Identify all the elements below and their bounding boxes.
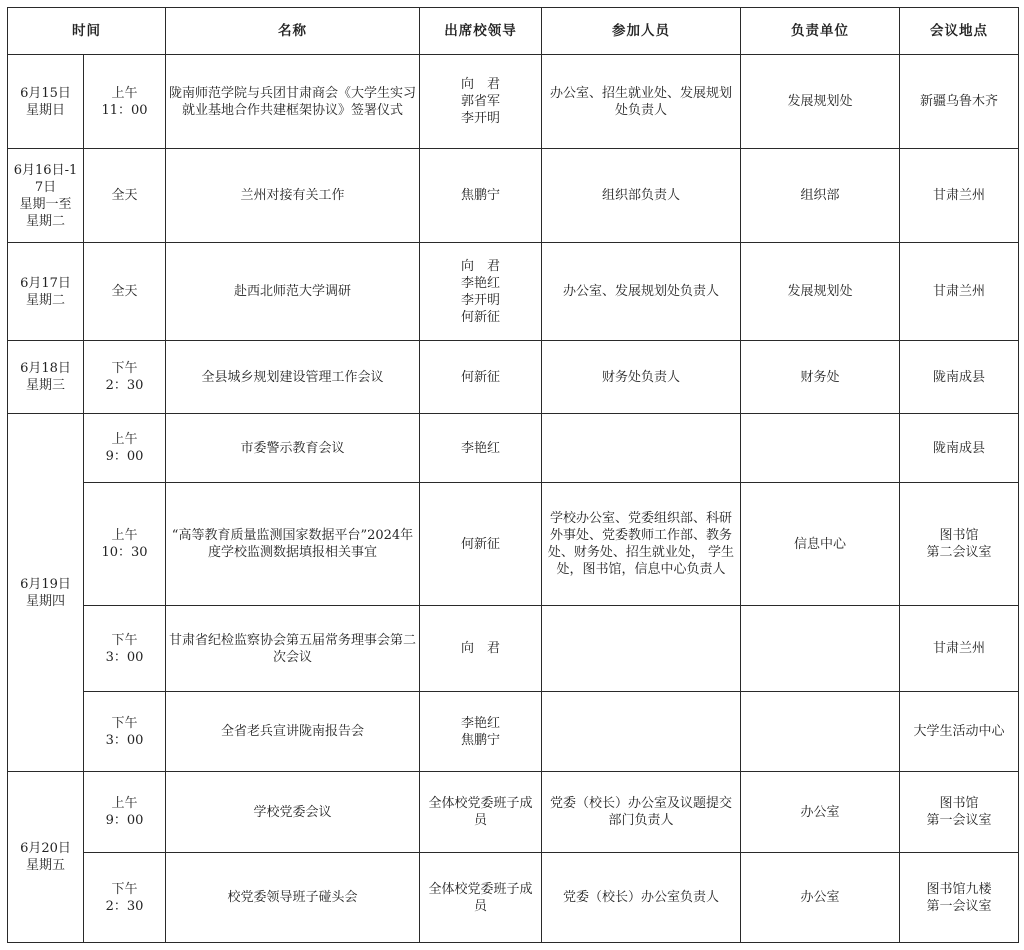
location-cell: 图书馆 第一会议室: [900, 772, 1019, 853]
leaders-cell: 焦鹏宁: [420, 149, 542, 243]
participants-cell: [542, 606, 741, 692]
time-cell: 全天: [84, 243, 166, 341]
event-name-cell: 陇南师范学院与兵团甘肃商会《大学生实习就业基地合作共建框架协议》签署仪式: [166, 55, 420, 149]
participants-cell: [542, 692, 741, 772]
header-unit: 负责单位: [741, 8, 900, 55]
leaders-cell: 何新征: [420, 483, 542, 606]
unit-cell: 发展规划处: [741, 243, 900, 341]
participants-cell: 组织部负责人: [542, 149, 741, 243]
location-cell: 甘肃兰州: [900, 243, 1019, 341]
leaders-cell: 何新征: [420, 341, 542, 414]
unit-cell: [741, 414, 900, 483]
event-name-cell: 兰州对接有关工作: [166, 149, 420, 243]
location-cell: 甘肃兰州: [900, 149, 1019, 243]
event-name-cell: 学校党委会议: [166, 772, 420, 853]
location-cell: 陇南成县: [900, 341, 1019, 414]
event-name-cell: 甘肃省纪检监察协会第五届常务理事会第二次会议: [166, 606, 420, 692]
date-cell: 6月18日 星期三: [8, 341, 84, 414]
table-row: 下午 2：30 校党委领导班子碰头会 全体校党委班子成员 党委（校长）办公室负责…: [8, 853, 1019, 943]
unit-cell: [741, 692, 900, 772]
date-cell: 6月17日 星期二: [8, 243, 84, 341]
participants-cell: 办公室、招生就业处、发展规划处负责人: [542, 55, 741, 149]
time-cell: 上午 9：00: [84, 414, 166, 483]
event-name-cell: 校党委领导班子碰头会: [166, 853, 420, 943]
event-name-cell: 全县城乡规划建设管理工作会议: [166, 341, 420, 414]
table-row: 6月17日 星期二 全天 赴西北师范大学调研 向 君 李艳红 李开明 何新征 办…: [8, 243, 1019, 341]
leaders-cell: 李艳红: [420, 414, 542, 483]
date-cell: 6月19日 星期四: [8, 414, 84, 772]
unit-cell: 发展规划处: [741, 55, 900, 149]
unit-cell: 办公室: [741, 853, 900, 943]
time-cell: 全天: [84, 149, 166, 243]
participants-cell: 党委（校长）办公室及议题提交部门负责人: [542, 772, 741, 853]
participants-cell: 学校办公室、党委组织部、科研外事处、党委教师工作部、教务处、财务处、招生就业处，…: [542, 483, 741, 606]
location-cell: 甘肃兰州: [900, 606, 1019, 692]
table-row: 上午 10：30 “高等教育质量监测国家数据平台”2024年度学校监测数据填报相…: [8, 483, 1019, 606]
time-cell: 下午 2：30: [84, 341, 166, 414]
leaders-cell: 全体校党委班子成员: [420, 772, 542, 853]
header-location: 会议地点: [900, 8, 1019, 55]
leaders-cell: 李艳红 焦鹏宁: [420, 692, 542, 772]
table-row: 下午 3：00 全省老兵宣讲陇南报告会 李艳红 焦鹏宁 大学生活动中心: [8, 692, 1019, 772]
table-row: 6月16日-17日 星期一至 星期二 全天 兰州对接有关工作 焦鹏宁 组织部负责…: [8, 149, 1019, 243]
unit-cell: 组织部: [741, 149, 900, 243]
leaders-cell: 向 君 郭省军 李开明: [420, 55, 542, 149]
time-cell: 上午 9：00: [84, 772, 166, 853]
unit-cell: 信息中心: [741, 483, 900, 606]
unit-cell: 财务处: [741, 341, 900, 414]
date-cell: 6月15日 星期日: [8, 55, 84, 149]
date-cell: 6月20日 星期五: [8, 772, 84, 943]
header-participants: 参加人员: [542, 8, 741, 55]
leaders-cell: 向 君: [420, 606, 542, 692]
time-cell: 下午 3：00: [84, 692, 166, 772]
location-cell: 陇南成县: [900, 414, 1019, 483]
header-time: 时间: [8, 8, 166, 55]
location-cell: 图书馆 第二会议室: [900, 483, 1019, 606]
event-name-cell: 全省老兵宣讲陇南报告会: [166, 692, 420, 772]
table-row: 下午 3：00 甘肃省纪检监察协会第五届常务理事会第二次会议 向 君 甘肃兰州: [8, 606, 1019, 692]
location-cell: 新疆乌鲁木齐: [900, 55, 1019, 149]
unit-cell: 办公室: [741, 772, 900, 853]
date-cell: 6月16日-17日 星期一至 星期二: [8, 149, 84, 243]
table-row: 6月18日 星期三 下午 2：30 全县城乡规划建设管理工作会议 何新征 财务处…: [8, 341, 1019, 414]
time-cell: 下午 3：00: [84, 606, 166, 692]
participants-cell: [542, 414, 741, 483]
header-name: 名称: [166, 8, 420, 55]
time-cell: 上午 11：00: [84, 55, 166, 149]
unit-cell: [741, 606, 900, 692]
header-leaders: 出席校领导: [420, 8, 542, 55]
location-cell: 大学生活动中心: [900, 692, 1019, 772]
time-cell: 下午 2：30: [84, 853, 166, 943]
header-row: 时间 名称 出席校领导 参加人员 负责单位 会议地点: [8, 8, 1019, 55]
time-cell: 上午 10：30: [84, 483, 166, 606]
event-name-cell: 赴西北师范大学调研: [166, 243, 420, 341]
event-name-cell: “高等教育质量监测国家数据平台”2024年度学校监测数据填报相关事宜: [166, 483, 420, 606]
participants-cell: 财务处负责人: [542, 341, 741, 414]
table-row: 6月20日 星期五 上午 9：00 学校党委会议 全体校党委班子成员 党委（校长…: [8, 772, 1019, 853]
table-row: 6月15日 星期日 上午 11：00 陇南师范学院与兵团甘肃商会《大学生实习就业…: [8, 55, 1019, 149]
leaders-cell: 全体校党委班子成员: [420, 853, 542, 943]
table-row: 6月19日 星期四 上午 9：00 市委警示教育会议 李艳红 陇南成县: [8, 414, 1019, 483]
location-cell: 图书馆九楼 第一会议室: [900, 853, 1019, 943]
meeting-schedule-table: 时间 名称 出席校领导 参加人员 负责单位 会议地点 6月15日 星期日 上午 …: [7, 7, 1019, 943]
event-name-cell: 市委警示教育会议: [166, 414, 420, 483]
participants-cell: 党委（校长）办公室负责人: [542, 853, 741, 943]
leaders-cell: 向 君 李艳红 李开明 何新征: [420, 243, 542, 341]
participants-cell: 办公室、发展规划处负责人: [542, 243, 741, 341]
